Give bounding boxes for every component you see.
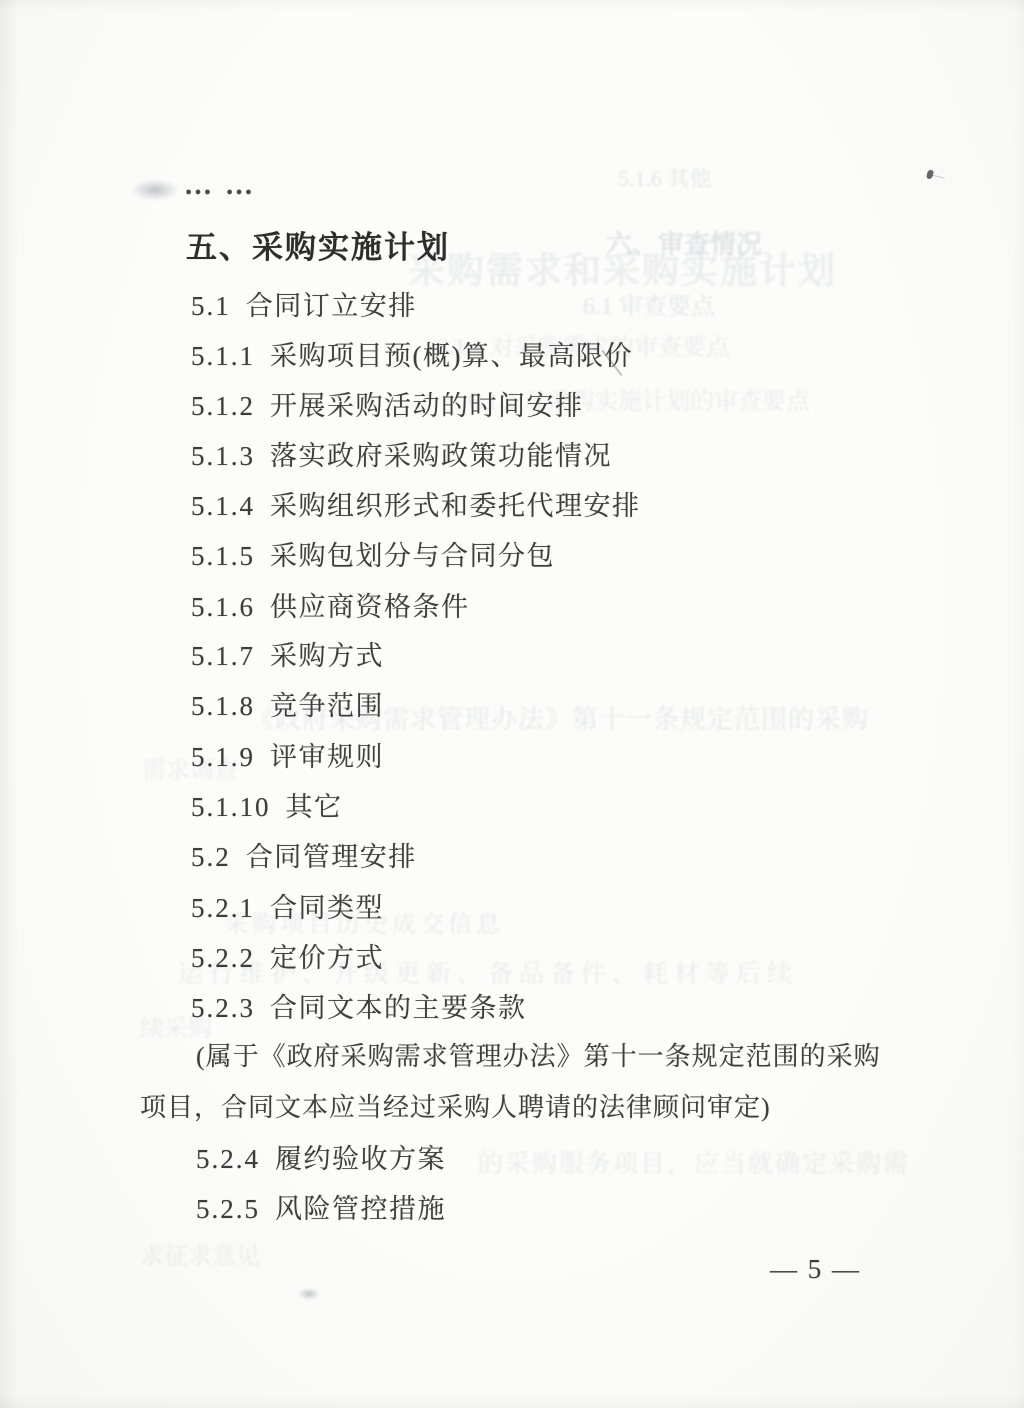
- outline-item: 5.1.6供应商资格条件: [191, 585, 470, 624]
- item-text: 评审规则: [270, 742, 384, 772]
- item-text: 其它: [286, 792, 343, 822]
- outline-item: 5.1.3落实政府采购政策功能情况: [191, 434, 612, 473]
- ink-speck: [926, 169, 934, 179]
- outline-item: 5.2.4履约验收方案: [196, 1137, 446, 1176]
- item-text: 合同类型: [270, 893, 384, 923]
- outline-item: 5.1.4采购组织形式和委托代理安排: [191, 484, 641, 523]
- item-number: 5.1.9: [191, 742, 255, 772]
- outline-item: 5.1.2开展采购活动的时间安排: [191, 384, 584, 423]
- outline-item: 5.1.5采购包划分与合同分包: [191, 534, 555, 573]
- item-text: 合同文本的主要条款: [270, 993, 527, 1023]
- note-line: (属于《政府采购需求管理办法》第十一条规定范围的采购: [196, 1036, 881, 1073]
- outline-item: 5.1.1采购项目预(概)算、最高限价: [191, 334, 633, 373]
- item-text: 采购包划分与合同分包: [270, 541, 555, 571]
- item-number: 5.2.2: [191, 943, 255, 973]
- scan-smudge: [131, 179, 179, 201]
- item-number: 5.1.10: [191, 792, 271, 822]
- item-number: 5.1: [191, 291, 231, 321]
- item-text: 落实政府采购政策功能情况: [270, 441, 612, 471]
- outline-item: 5.2.2定价方式: [191, 936, 384, 975]
- item-text: 合同管理安排: [246, 842, 417, 872]
- item-text: 采购方式: [270, 641, 384, 671]
- note-line: 项目，合同文本应当经过采购人聘请的法律顾问审定): [140, 1087, 771, 1124]
- item-text: 开展采购活动的时间安排: [270, 391, 584, 421]
- outline-item: 5.1.9评审规则: [191, 735, 384, 774]
- item-text: 供应商资格条件: [270, 592, 470, 622]
- outline-item: 5.1.8竞争范围: [191, 684, 384, 723]
- bleedthrough-text: 5.1.6 其他: [618, 162, 712, 193]
- item-number: 5.1.5: [191, 541, 255, 571]
- item-number: 5.1.2: [191, 391, 255, 421]
- outline-item: 5.1.10其它: [191, 785, 343, 824]
- bleedthrough-text: 6.1 审查要点: [583, 286, 715, 321]
- item-number: 5.1.8: [191, 691, 255, 721]
- item-number: 5.1.4: [191, 491, 255, 521]
- outline-item: 5.1.7采购方式: [191, 634, 384, 673]
- outline-item: 5.1合同订立安排: [191, 284, 417, 323]
- item-number: 5.2.3: [191, 993, 255, 1023]
- item-text: 采购项目预(概)算、最高限价: [270, 341, 633, 371]
- item-text: 定价方式: [270, 943, 384, 973]
- scanned-document-page: 5.1.6 其他 六、审查情况 采购需求和采购实施计划 6.1 审查要点 6.1…: [0, 0, 1024, 1408]
- page-number: — 5 —: [770, 1254, 861, 1285]
- section-heading: 五、采购实施计划: [186, 222, 450, 267]
- outline-item: 5.2.1合同类型: [191, 886, 384, 925]
- outline-item: 5.2.3合同文本的主要条款: [191, 986, 527, 1025]
- bleedthrough-text: 求征求意见: [140, 1236, 260, 1271]
- item-text: 竞争范围: [270, 691, 384, 721]
- scan-smudge: [298, 1288, 320, 1300]
- item-number: 5.2.4: [196, 1144, 260, 1174]
- item-number: 5.1.3: [191, 441, 255, 471]
- item-text: 履约验收方案: [275, 1144, 446, 1174]
- outline-item: 5.2.5风险管控措施: [196, 1187, 446, 1226]
- item-number: 5.1.1: [191, 341, 255, 371]
- item-text: 风险管控措施: [275, 1194, 446, 1224]
- bleedthrough-text: 的采购服务项目，应当就确定采购需: [478, 1144, 910, 1180]
- item-number: 5.2.5: [196, 1194, 260, 1224]
- item-number: 5.1.6: [191, 592, 255, 622]
- item-number: 5.1.7: [191, 641, 255, 671]
- item-number: 5.2: [191, 842, 231, 872]
- item-text: 采购组织形式和委托代理安排: [270, 491, 641, 521]
- item-number: 5.2.1: [191, 893, 255, 923]
- item-text: 合同订立安排: [246, 291, 417, 321]
- continuation-ellipsis: … …: [184, 170, 256, 202]
- outline-item: 5.2合同管理安排: [191, 835, 417, 874]
